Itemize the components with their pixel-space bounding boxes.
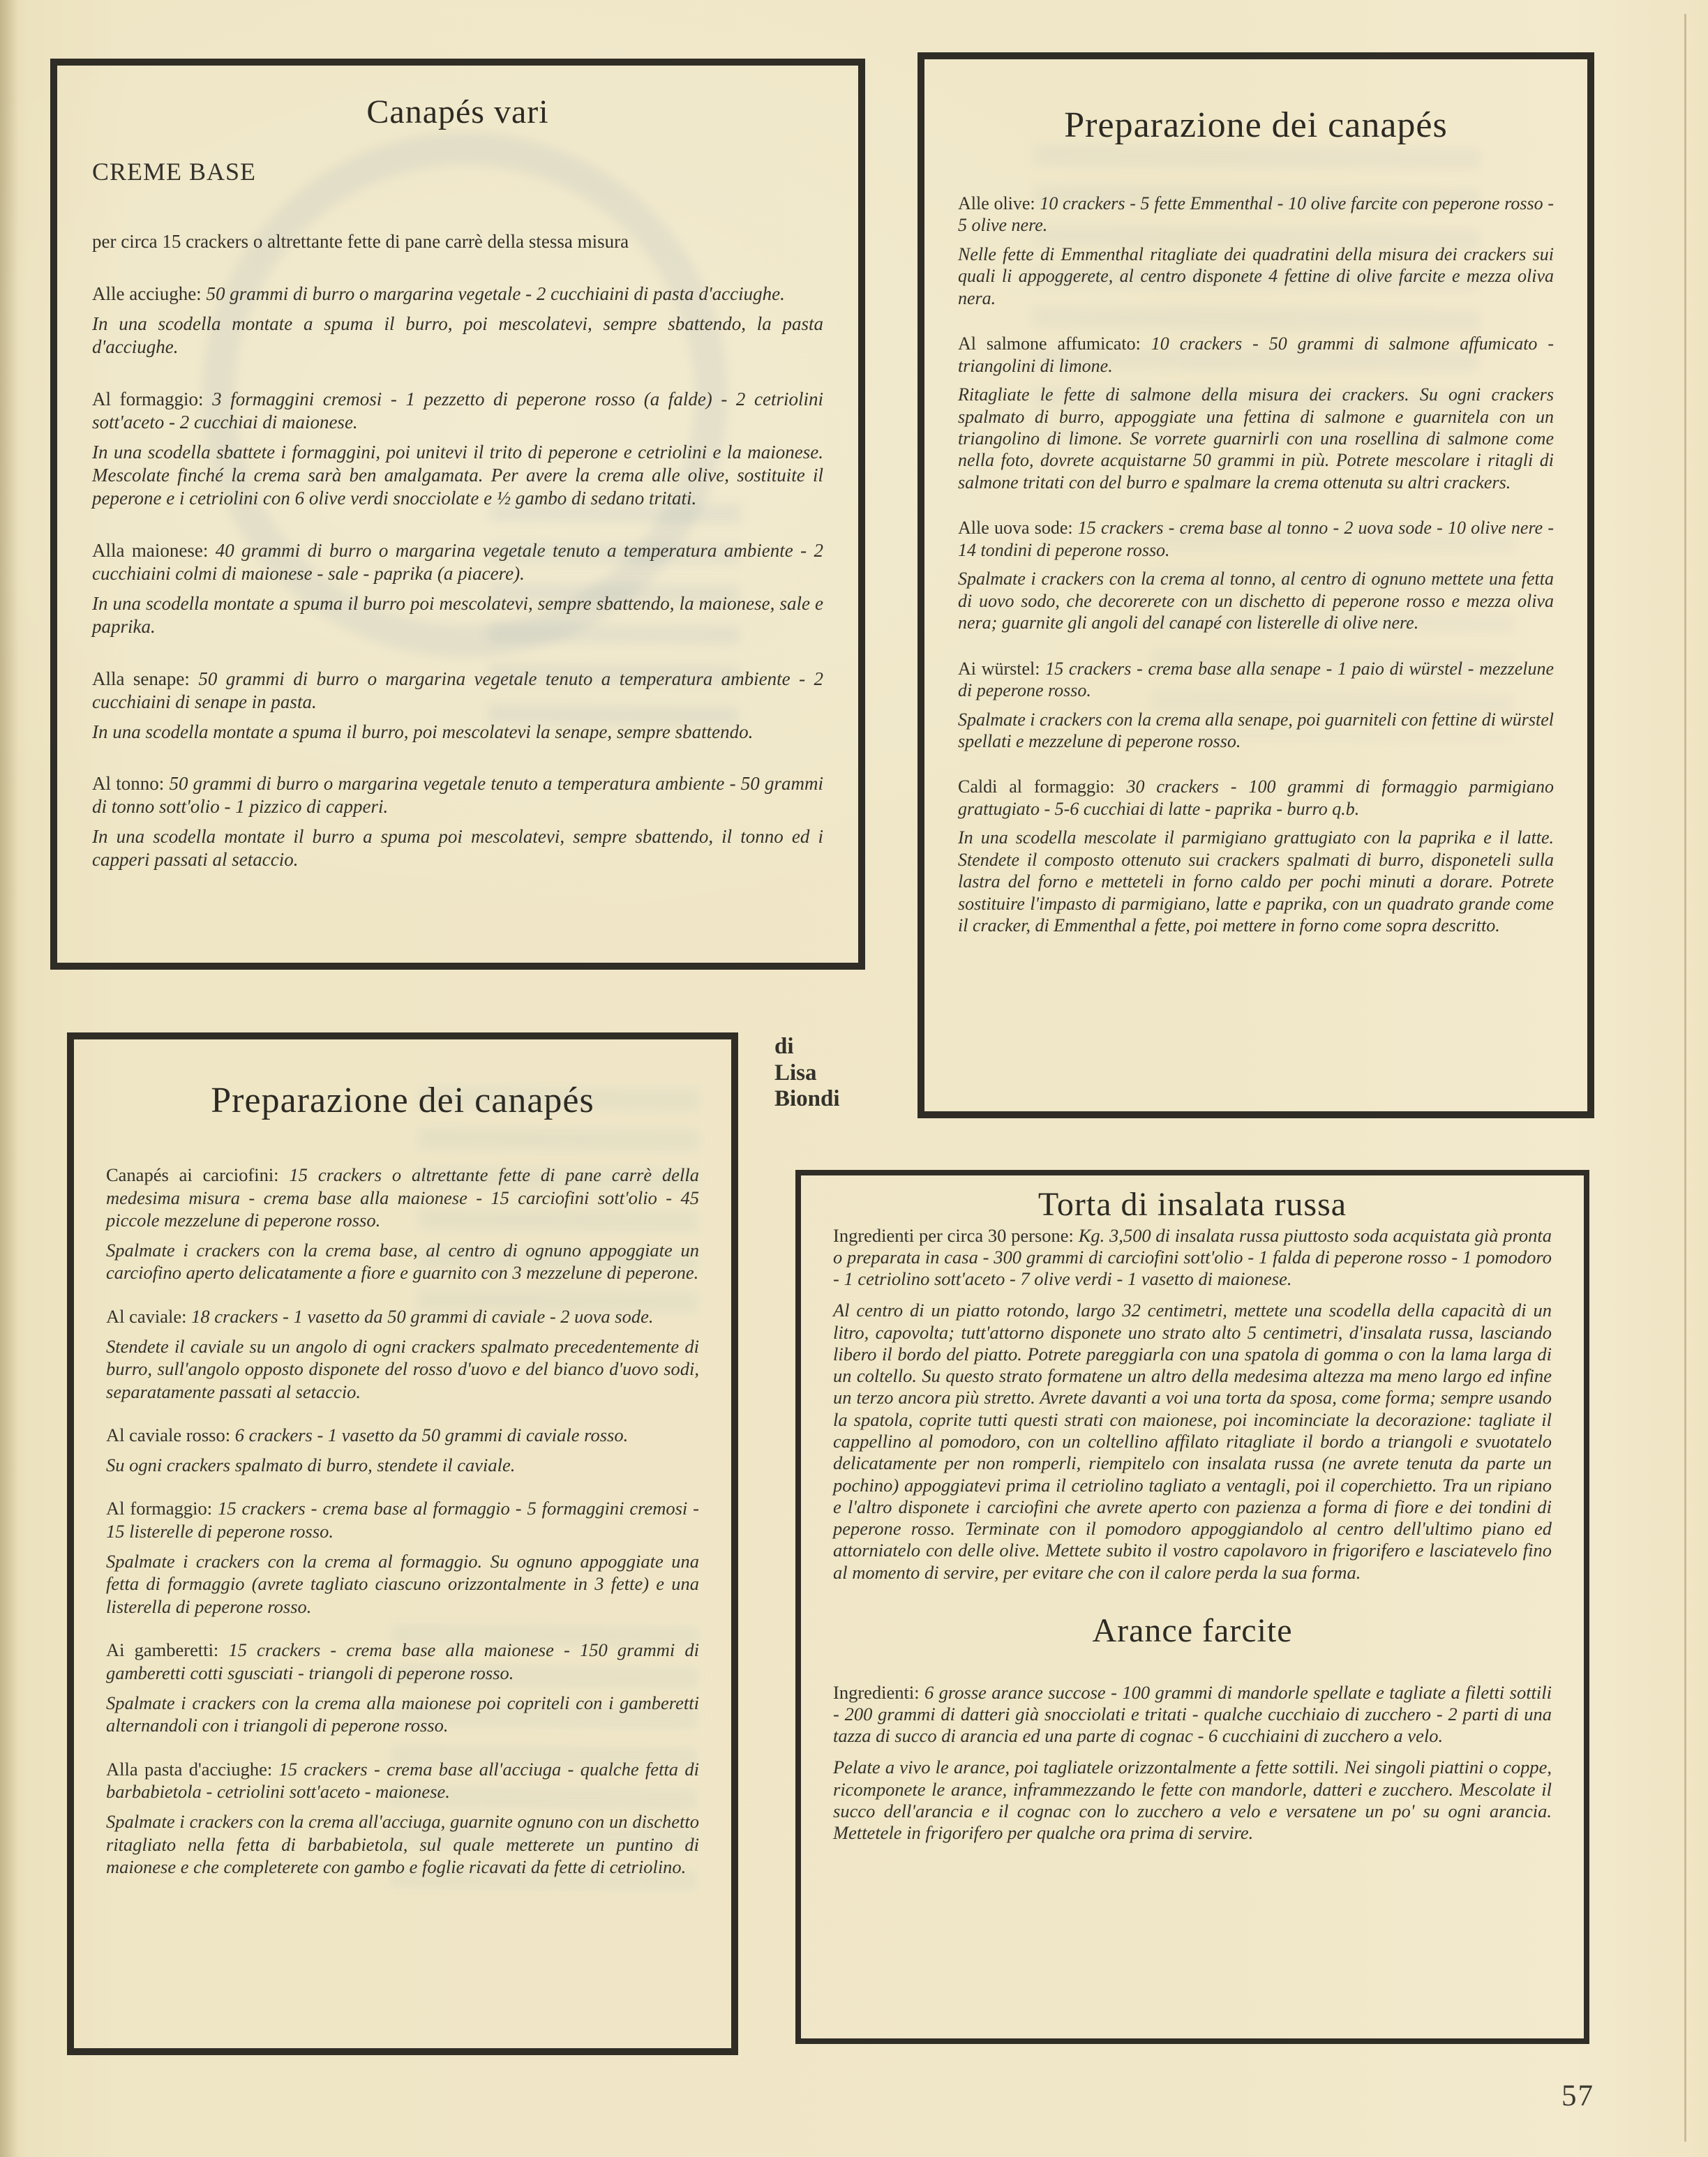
entry-lead: Alle uova sode:	[958, 518, 1073, 538]
entry-lead: Ai würstel:	[958, 659, 1040, 679]
entry-head: Al tonno: 50 grammi di burro o margarina…	[92, 772, 823, 818]
entry-head: Alla maionese: 40 grammi di burro o marg…	[92, 539, 823, 585]
entry-method: Su ogni crackers spalmato di burro, sten…	[106, 1454, 699, 1477]
page-number: 57	[1561, 2079, 1594, 2113]
entry-head: Alla senape: 50 grammi di burro o margar…	[92, 668, 823, 714]
recipe-entry: Caldi al formaggio: 30 crackers - 100 gr…	[958, 776, 1554, 936]
entry-method: Al centro di un piatto rotondo, largo 32…	[833, 1300, 1552, 1583]
box-preparazione-canapes-left: Preparazione dei canapés Canapés ai carc…	[67, 1032, 738, 2055]
entry-method: Spalmate i crackers con la crema al form…	[106, 1550, 699, 1618]
entry-method: Spalmate i crackers con la crema base, a…	[106, 1239, 699, 1284]
entry-method: Stendete il caviale su un angolo di ogni…	[106, 1335, 699, 1404]
recipe-entry: Alle olive: 10 crackers - 5 fette Emment…	[958, 193, 1554, 309]
entry-head: Alla pasta d'acciughe: 15 crackers - cre…	[106, 1758, 699, 1803]
recipe-entry: Ai würstel: 15 crackers - crema base all…	[958, 658, 1554, 753]
entry-method: Spalmate i crackers con la crema al tonn…	[958, 568, 1554, 633]
entry-ingredients: 15 crackers - crema base alla senape - 1…	[958, 659, 1554, 700]
entry-ingredients: 10 crackers - 5 fette Emmenthal - 10 oli…	[958, 193, 1554, 235]
entry-ingredients: 6 crackers - 1 vasetto da 50 grammi di c…	[235, 1425, 629, 1445]
entry-head: Alle olive: 10 crackers - 5 fette Emment…	[958, 193, 1554, 236]
entry-lead: Al formaggio:	[92, 389, 204, 409]
entry-method: Nelle fette di Emmenthal ritagliate dei …	[958, 243, 1554, 309]
box-torta-arance: Torta di insalata russa Ingredienti per …	[795, 1170, 1589, 2044]
recipe-entry: Alle uova sode: 15 crackers - crema base…	[958, 517, 1554, 633]
entry-lead: Alla senape:	[92, 668, 190, 689]
box-title-preparazione-right: Preparazione dei canapés	[958, 104, 1554, 148]
entry-head: Canapés ai carciofini: 15 crackers o alt…	[106, 1164, 699, 1232]
section-heading-creme-base: CREME BASE	[92, 157, 823, 188]
entry-method: In una scodella sbattete i formaggini, p…	[92, 441, 823, 510]
entry-lead: Ingredienti:	[833, 1682, 920, 1703]
entry-ingredients: 50 grammi di burro o margarina vegetale …	[92, 668, 823, 712]
box-preparazione-canapes-right: Preparazione dei canapés Alle olive: 10 …	[917, 52, 1594, 1118]
section-title: Torta di insalata russa	[833, 1185, 1552, 1225]
recipe-entry: Al caviale rosso: 6 crackers - 1 vasetto…	[106, 1424, 699, 1476]
entry-lead: Ingredienti per circa 30 persone:	[833, 1225, 1074, 1246]
page-edge-rule	[1684, 14, 1686, 2142]
recipe-entry: Ai gamberetti: 15 crackers - crema base …	[106, 1639, 699, 1736]
entry-method: Spalmate i crackers con la crema all'acc…	[106, 1810, 699, 1879]
entry-method: In una scodella montate il burro a spuma…	[92, 825, 823, 871]
entry-method: Spalmate i crackers con la crema alla ma…	[106, 1692, 699, 1737]
entry-head: Ingredienti: 6 grosse arance succose - 1…	[833, 1682, 1552, 1748]
entry-head: Alle acciughe: 50 grammi di burro o marg…	[92, 283, 823, 306]
entry-head: Ai würstel: 15 crackers - crema base all…	[958, 658, 1554, 702]
entry-head: Al caviale: 18 crackers - 1 vasetto da 5…	[106, 1305, 699, 1328]
entry-head: Al salmone affumicato: 10 crackers - 50 …	[958, 333, 1554, 377]
recipe-entries: Alle olive: 10 crackers - 5 fette Emment…	[958, 193, 1554, 937]
magazine-page: Canapés vari CREME BASE per circa 15 cra…	[0, 0, 1708, 2157]
entry-lead: Alla pasta d'acciughe:	[106, 1759, 272, 1780]
section-title: Arance farcite	[833, 1611, 1552, 1651]
recipe-entry: Al formaggio: 15 crackers - crema base a…	[106, 1497, 699, 1618]
entry-head: Al formaggio: 15 crackers - crema base a…	[106, 1497, 699, 1542]
recipe-entry: Alla pasta d'acciughe: 15 crackers - cre…	[106, 1758, 699, 1879]
entry-method: Pelate a vivo le arance, poi tagliatele …	[833, 1757, 1552, 1844]
recipe-entry: Alle acciughe: 50 grammi di burro o marg…	[92, 283, 823, 359]
entry-method: Spalmate i crackers con la crema alla se…	[958, 709, 1554, 753]
creme-base-intro: per circa 15 crackers o altrettante fett…	[92, 230, 823, 253]
entry-ingredients: 50 grammi di burro o margarina vegetale …	[92, 773, 823, 817]
entry-lead: Al caviale rosso:	[106, 1425, 230, 1445]
entry-lead: Caldi al formaggio:	[958, 776, 1115, 797]
box-canapes-vari: Canapés vari CREME BASE per circa 15 cra…	[50, 59, 865, 970]
recipe-entry: Al caviale: 18 crackers - 1 vasetto da 5…	[106, 1305, 699, 1403]
recipe-entry: Al salmone affumicato: 10 crackers - 50 …	[958, 333, 1554, 493]
entry-head: Al formaggio: 3 formaggini cremosi - 1 p…	[92, 388, 823, 434]
recipe-section: Arance farcite Ingredienti: 6 grosse ara…	[833, 1611, 1552, 1844]
entry-method: Ritagliate le fette di salmone della mis…	[958, 384, 1554, 493]
entry-lead: Ai gamberetti:	[106, 1639, 218, 1660]
entry-lead: Al formaggio:	[106, 1498, 212, 1519]
recipe-sections: Torta di insalata russa Ingredienti per …	[833, 1185, 1552, 1844]
entry-head: Ingredienti per circa 30 persone: Kg. 3,…	[833, 1225, 1552, 1291]
entry-head: Al caviale rosso: 6 crackers - 1 vasetto…	[106, 1424, 699, 1447]
author-byline-line: Biondi	[774, 1086, 840, 1113]
entry-lead: Al tonno:	[92, 773, 164, 794]
page-edge-shadow	[0, 0, 18, 2157]
entry-method: In una scodella montate a spuma il burro…	[92, 721, 823, 744]
recipe-entries: Canapés ai carciofini: 15 crackers o alt…	[106, 1164, 699, 1879]
entry-head: Alle uova sode: 15 crackers - crema base…	[958, 517, 1554, 561]
recipe-entries: Alle acciughe: 50 grammi di burro o marg…	[92, 283, 823, 871]
entry-ingredients: 50 grammi di burro o margarina vegetale …	[206, 283, 784, 304]
recipe-section: Torta di insalata russa Ingredienti per …	[833, 1185, 1552, 1584]
entry-lead: Al salmone affumicato:	[958, 333, 1141, 354]
author-byline-line: Lisa	[774, 1060, 840, 1087]
entry-method: In una scodella montate a spuma il burro…	[92, 592, 823, 638]
entry-head: Caldi al formaggio: 30 crackers - 100 gr…	[958, 776, 1554, 820]
box-title-preparazione-left: Preparazione dei canapés	[106, 1078, 699, 1123]
entry-head: Ai gamberetti: 15 crackers - crema base …	[106, 1639, 699, 1684]
recipe-entry: Canapés ai carciofini: 15 crackers o alt…	[106, 1164, 699, 1284]
recipe-entry: Alla senape: 50 grammi di burro o margar…	[92, 668, 823, 744]
entry-lead: Al caviale:	[106, 1306, 187, 1327]
recipe-entry: Al formaggio: 3 formaggini cremosi - 1 p…	[92, 388, 823, 510]
entry-lead: Canapés ai carciofini:	[106, 1164, 279, 1185]
entry-lead: Alle acciughe:	[92, 283, 202, 304]
entry-lead: Alla maionese:	[92, 540, 208, 561]
author-byline-line: di	[774, 1034, 840, 1060]
entry-ingredients: 18 crackers - 1 vasetto da 50 grammi di …	[191, 1306, 653, 1327]
author-byline: di Lisa Biondi	[774, 1034, 840, 1113]
entry-method: In una scodella mescolate il parmigiano …	[958, 827, 1554, 936]
entry-ingredients: 6 grosse arance succose - 100 grammi di …	[833, 1682, 1552, 1747]
recipe-entry: Alla maionese: 40 grammi di burro o marg…	[92, 539, 823, 638]
entry-lead: Alle olive:	[958, 193, 1035, 213]
entry-method: In una scodella montate a spuma il burro…	[92, 313, 823, 359]
box-title-canapes-vari: Canapés vari	[92, 92, 823, 133]
recipe-entry: Al tonno: 50 grammi di burro o margarina…	[92, 772, 823, 871]
